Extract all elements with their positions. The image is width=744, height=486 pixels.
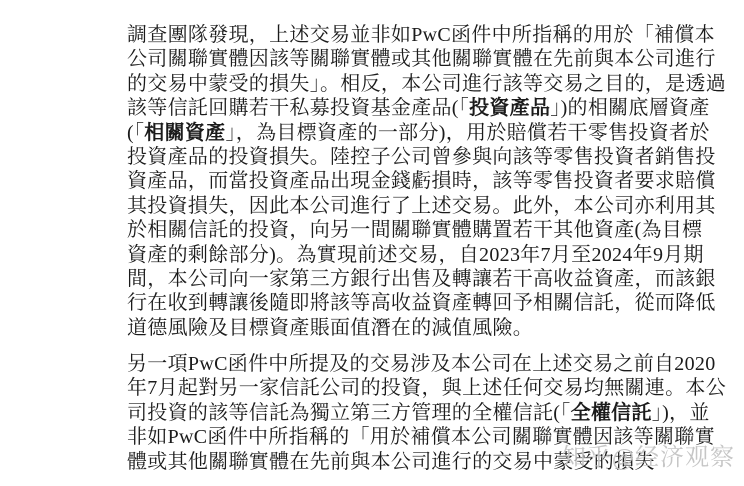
text-segment: 間，本公司向一家第三方銀行出售及轉讓若干高收益資產，而該銀 [127, 268, 716, 290]
paragraph: 調查團隊發現，上述交易並非如PwC函件中所指稱的用於「補償本公司關聯實體因該等關… [127, 23, 697, 340]
text-segment: 另一項PwC函件中所提及的交易涉及本公司在上述交易之前自2020 [127, 353, 716, 375]
text-line: 資產品，而當投資產品出現金錢虧損時，該等零售投資者要求賠償 [127, 169, 697, 193]
text-segment: 於相關信託的投資，向另一間關聯實體購置若干其他資產(為目標 [127, 219, 702, 241]
text-line: 公司關聯實體因該等關聯實體或其他關聯實體在先前與本公司進行 [127, 47, 697, 71]
text-line: 調查團隊發現，上述交易並非如PwC函件中所指稱的用於「補償本 [127, 23, 697, 47]
text-segment: 資產的剩餘部分)。為實現前述交易，自2023年7月至2024年9月期 [127, 244, 704, 266]
defined-term: 全權信託 [571, 402, 652, 424]
text-line: 其投資損失，因此本公司進行了上述交易。此外，本公司亦利用其 [127, 194, 697, 218]
text-segment: 公司關聯實體因該等關聯實體或其他關聯實體在先前與本公司進行 [127, 48, 716, 70]
text-line: 於相關信託的投資，向另一間關聯實體購置若干其他資產(為目標 [127, 218, 697, 242]
defined-term: 投資產品 [469, 97, 550, 119]
document-page: 調查團隊發現，上述交易並非如PwC函件中所指稱的用於「補償本公司關聯實體因該等關… [127, 23, 697, 474]
text-segment: (「 [127, 122, 144, 144]
text-segment: 」，為目標資產的一部分)，用於賠償若干零售投資者於 [225, 122, 709, 144]
text-line: 投資產品的投資損失。陸控子公司曾參與向該等零售投資者銷售投 [127, 145, 697, 169]
text-line: 體或其他關聯實體在先前與本公司進行的交易中蒙受的損失 [127, 450, 697, 474]
text-segment: 年7月起對另一家信託公司的投資，與上述任何交易均無關連。本公 [127, 377, 726, 399]
text-line: 道德風險及目標資產賬面值潛在的減值風險。 [127, 316, 697, 340]
document-body: 調查團隊發現，上述交易並非如PwC函件中所指稱的用於「補償本公司關聯實體因該等關… [127, 23, 697, 474]
text-segment: 」)的相關底層資產 [550, 97, 709, 119]
text-segment: 投資產品的投資損失。陸控子公司曾參與向該等零售投資者銷售投 [127, 146, 716, 168]
text-line: 間，本公司向一家第三方銀行出售及轉讓若干高收益資產，而該銀 [127, 267, 697, 291]
text-segment: 調查團隊發現，上述交易並非如PwC函件中所指稱的用於「補償本 [127, 24, 715, 46]
paragraph: 另一項PwC函件中所提及的交易涉及本公司在上述交易之前自2020年7月起對另一家… [127, 352, 697, 474]
text-line: 該等信託回購若干私募投資基金產品(「投資產品」)的相關底層資產 [127, 96, 697, 120]
text-segment: 道德風險及目標資產賬面值潛在的減值風險。 [127, 317, 533, 339]
text-segment: 行在收到轉讓後隨即將該等高收益資產轉回予相關信託，從而降低 [127, 292, 716, 314]
text-line: 司投資的該等信託為獨立第三方管理的全權信託(「全權信託」)，並 [127, 401, 697, 425]
text-segment: 」)，並 [652, 402, 710, 424]
text-line: 資產的剩餘部分)。為實現前述交易，自2023年7月至2024年9月期 [127, 243, 697, 267]
text-segment: 非如PwC函件中所指稱的「用於補償本公司關聯實體因該等關聯實 [127, 426, 715, 448]
text-line: 另一項PwC函件中所提及的交易涉及本公司在上述交易之前自2020 [127, 352, 697, 376]
text-segment: 體或其他關聯實體在先前與本公司進行的交易中蒙受的損失 [127, 451, 655, 473]
text-segment: 資產品，而當投資產品出現金錢虧損時，該等零售投資者要求賠償 [127, 170, 716, 192]
text-line: 行在收到轉讓後隨即將該等高收益資產轉回予相關信託，從而降低 [127, 291, 697, 315]
text-line: 非如PwC函件中所指稱的「用於補償本公司關聯實體因該等關聯實 [127, 425, 697, 449]
text-segment: 的交易中蒙受的損失」。相反，本公司進行該等交易之目的，是透過 [127, 73, 726, 95]
defined-term: 相關資產 [144, 122, 225, 144]
text-segment: 其投資損失，因此本公司進行了上述交易。此外，本公司亦利用其 [127, 195, 716, 217]
text-segment: 該等信託回購若干私募投資基金產品(「 [127, 97, 469, 119]
text-line: 的交易中蒙受的損失」。相反，本公司進行該等交易之目的，是透過 [127, 72, 697, 96]
text-line: 年7月起對另一家信託公司的投資，與上述任何交易均無關連。本公 [127, 376, 697, 400]
text-line: (「相關資產」，為目標資產的一部分)，用於賠償若干零售投資者於 [127, 121, 697, 145]
text-segment: 司投資的該等信託為獨立第三方管理的全權信託(「 [127, 402, 571, 424]
